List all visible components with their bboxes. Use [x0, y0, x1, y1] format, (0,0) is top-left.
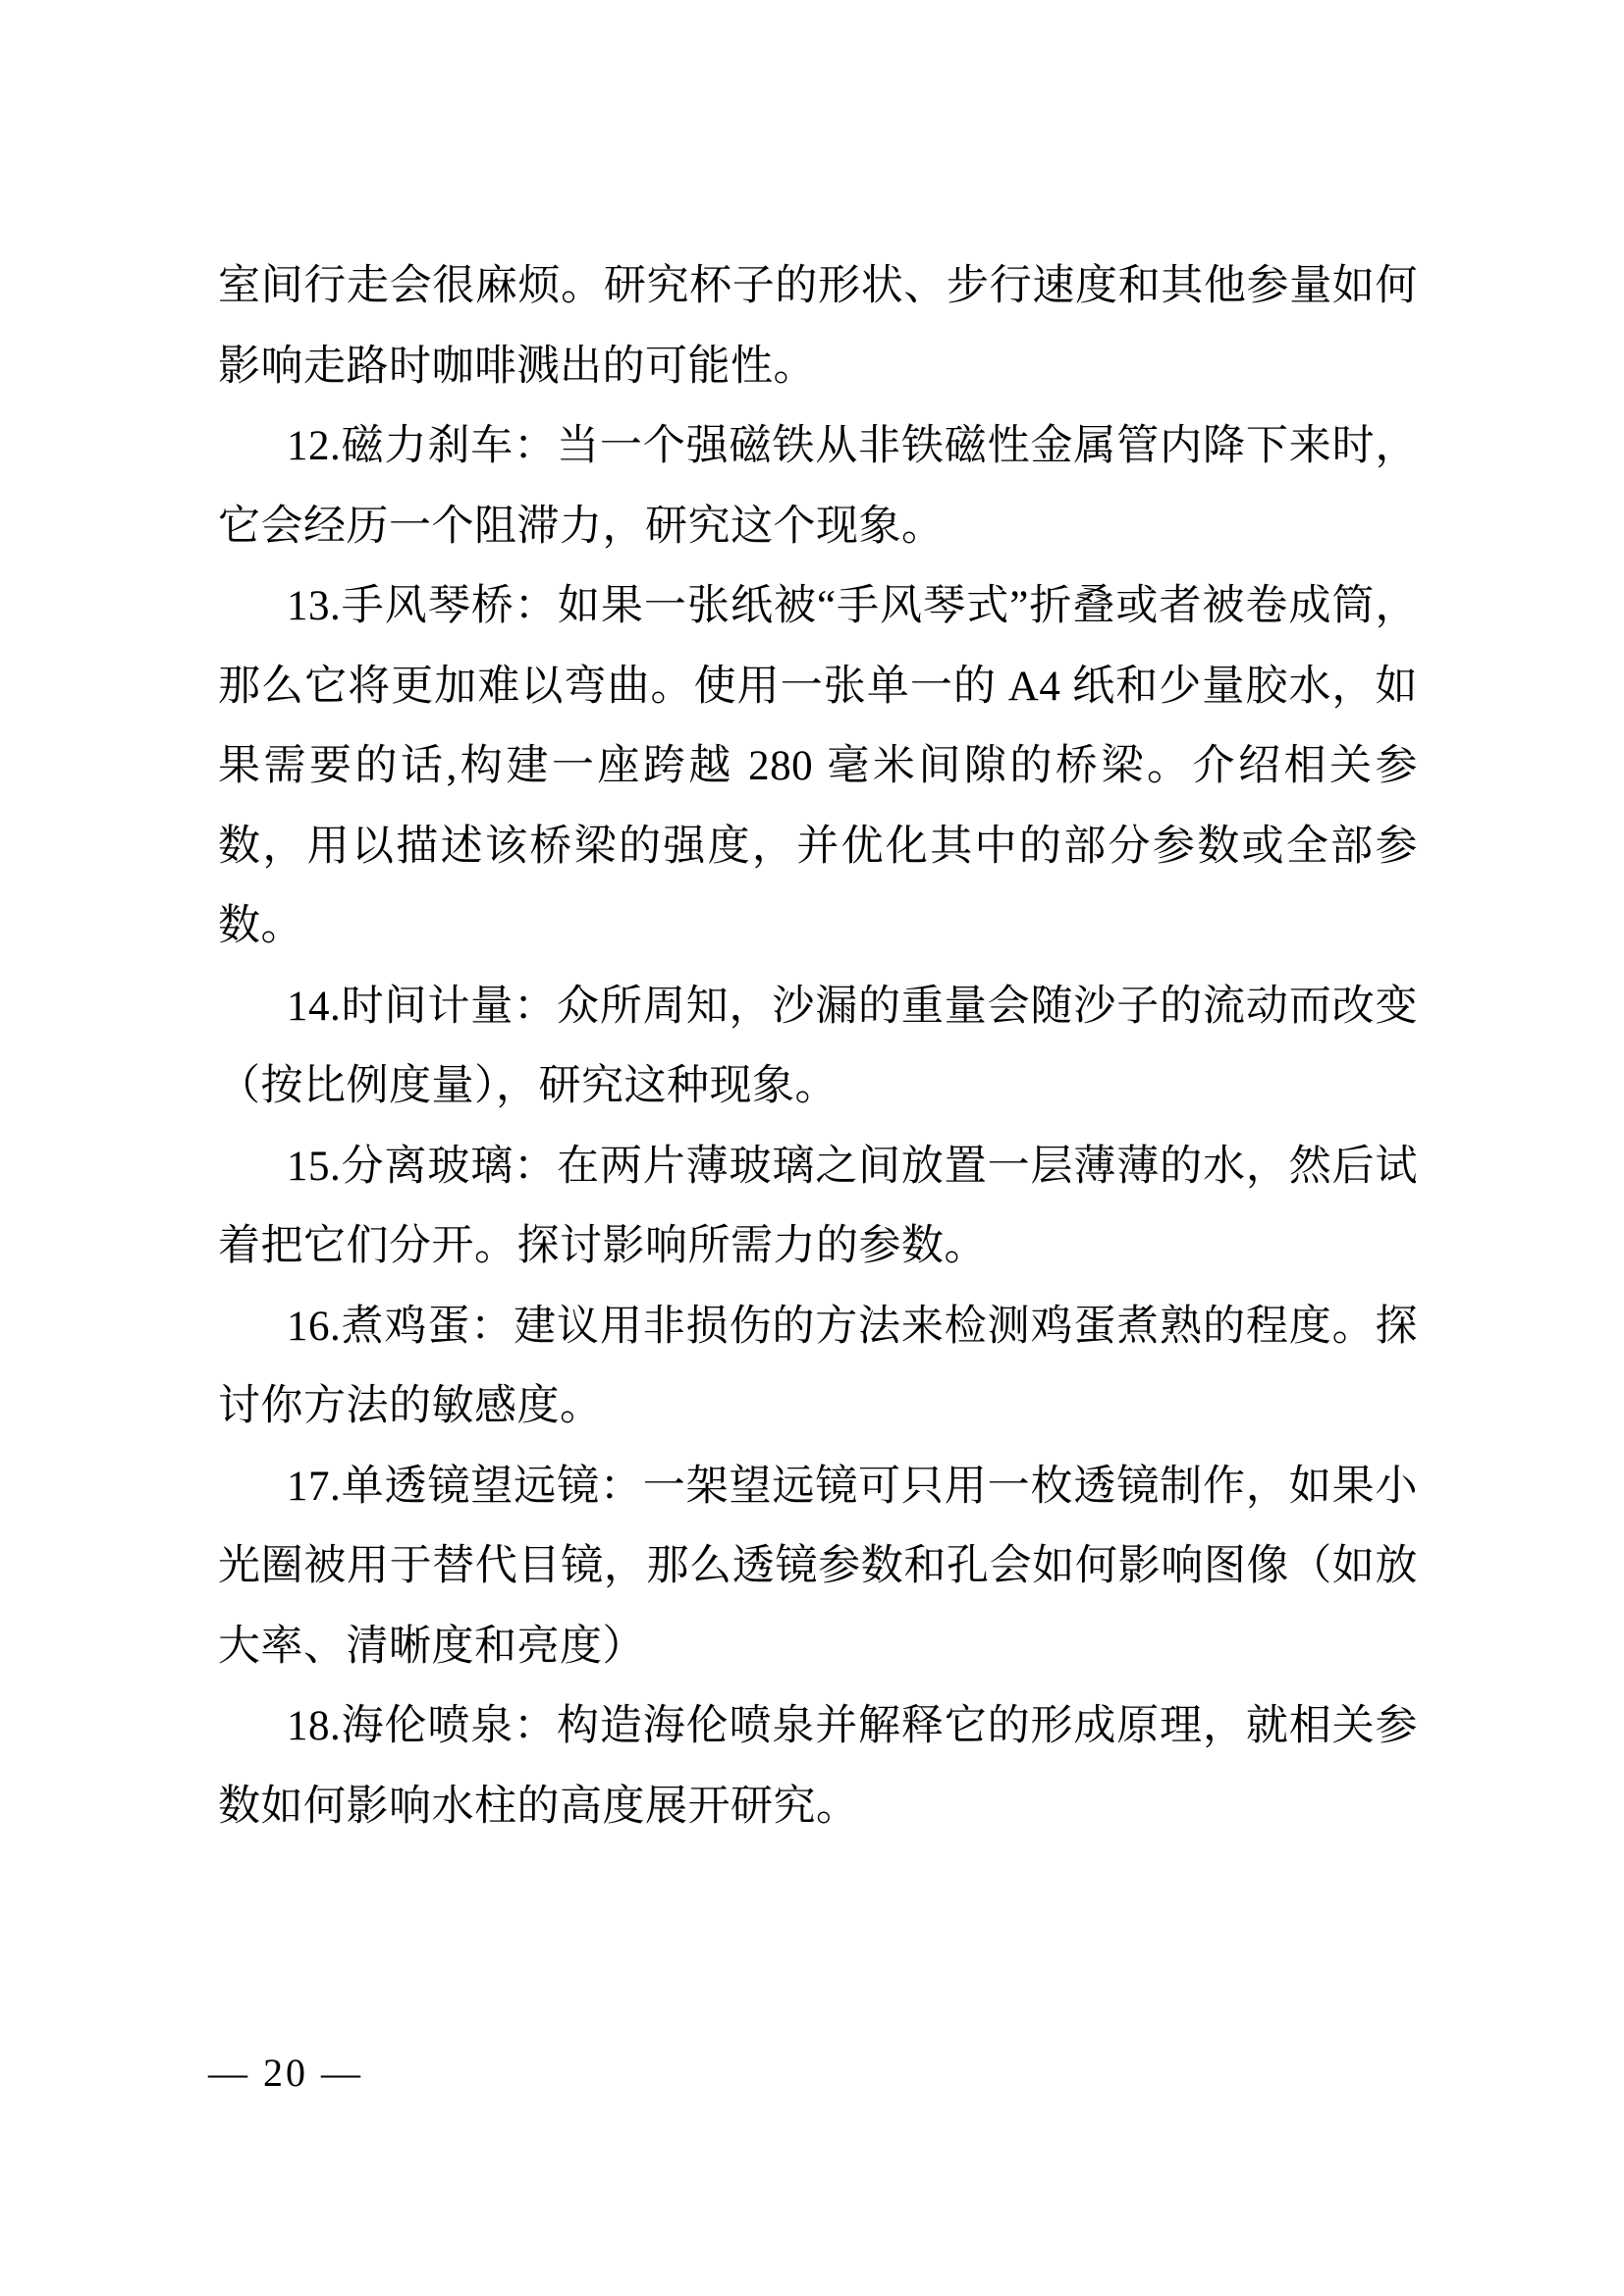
paragraph-text: 分离玻璃：在两片薄玻璃之间放置一层薄薄的水，然后试着把它们分开。探讨影响所需力的… [218, 1144, 1418, 1270]
paragraph-text: 时间计量：众所周知，沙漏的重量会随沙子的流动而改变（按比例度量），研究这种现象。 [218, 984, 1418, 1110]
paragraph-continuation: 室间行走会很麻烦。研究杯子的形状、步行速度和其他参量如何影响走路时咖啡溅出的可能… [218, 246, 1418, 406]
paragraph-number: 16. [287, 1304, 341, 1350]
paragraph-number: 18. [287, 1703, 341, 1749]
paragraph-item-15: 15.分离玻璃：在两片薄玻璃之间放置一层薄薄的水，然后试着把它们分开。探讨影响所… [218, 1127, 1418, 1287]
paragraph-item-16: 16.煮鸡蛋：建议用非损伤的方法来检测鸡蛋煮熟的程度。探讨你方法的敏感度。 [218, 1287, 1418, 1447]
paragraph-item-18: 18.海伦喷泉：构造海伦喷泉并解释它的形成原理，就相关参数如何影响水柱的高度展开… [218, 1686, 1418, 1846]
paragraph-number: 17. [287, 1464, 341, 1510]
paragraph-item-12: 12.磁力刹车：当一个强磁铁从非铁磁性金属管内降下来时，它会经历一个阻滞力，研究… [218, 406, 1418, 566]
paragraph-number: 12. [287, 423, 341, 469]
paragraph-text: 煮鸡蛋：建议用非损伤的方法来检测鸡蛋煮熟的程度。探讨你方法的敏感度。 [218, 1304, 1418, 1430]
page-number: — 20 — [208, 2050, 363, 2096]
paragraph-text: 室间行走会很麻烦。研究杯子的形状、步行速度和其他参量如何影响走路时咖啡溅出的可能… [218, 263, 1418, 390]
paragraph-item-13: 13.手风琴桥：如果一张纸被“手风琴式”折叠或者被卷成筒，那么它将更加难以弯曲。… [218, 566, 1418, 967]
paragraph-item-17: 17.单透镜望远镜：一架望远镜可只用一枚透镜制作，如果小光圈被用于替代目镜，那么… [218, 1447, 1418, 1687]
paragraph-number: 13. [287, 583, 341, 629]
document-body: 室间行走会很麻烦。研究杯子的形状、步行速度和其他参量如何影响走路时咖啡溅出的可能… [218, 246, 1418, 1846]
paragraph-text: 手风琴桥：如果一张纸被“手风琴式”折叠或者被卷成筒，那么它将更加难以弯曲。使用一… [218, 583, 1418, 949]
document-page: 室间行走会很麻烦。研究杯子的形状、步行速度和其他参量如何影响走路时咖啡溅出的可能… [0, 0, 1624, 2296]
paragraph-text: 单透镜望远镜：一架望远镜可只用一枚透镜制作，如果小光圈被用于替代目镜，那么透镜参… [218, 1464, 1418, 1670]
paragraph-item-14: 14.时间计量：众所周知，沙漏的重量会随沙子的流动而改变（按比例度量），研究这种… [218, 967, 1418, 1127]
paragraph-text: 海伦喷泉：构造海伦喷泉并解释它的形成原理，就相关参数如何影响水柱的高度展开研究。 [218, 1703, 1418, 1830]
paragraph-number: 14. [287, 984, 341, 1030]
paragraph-number: 15. [287, 1144, 341, 1190]
paragraph-text: 磁力刹车：当一个强磁铁从非铁磁性金属管内降下来时，它会经历一个阻滞力，研究这个现… [218, 423, 1418, 550]
